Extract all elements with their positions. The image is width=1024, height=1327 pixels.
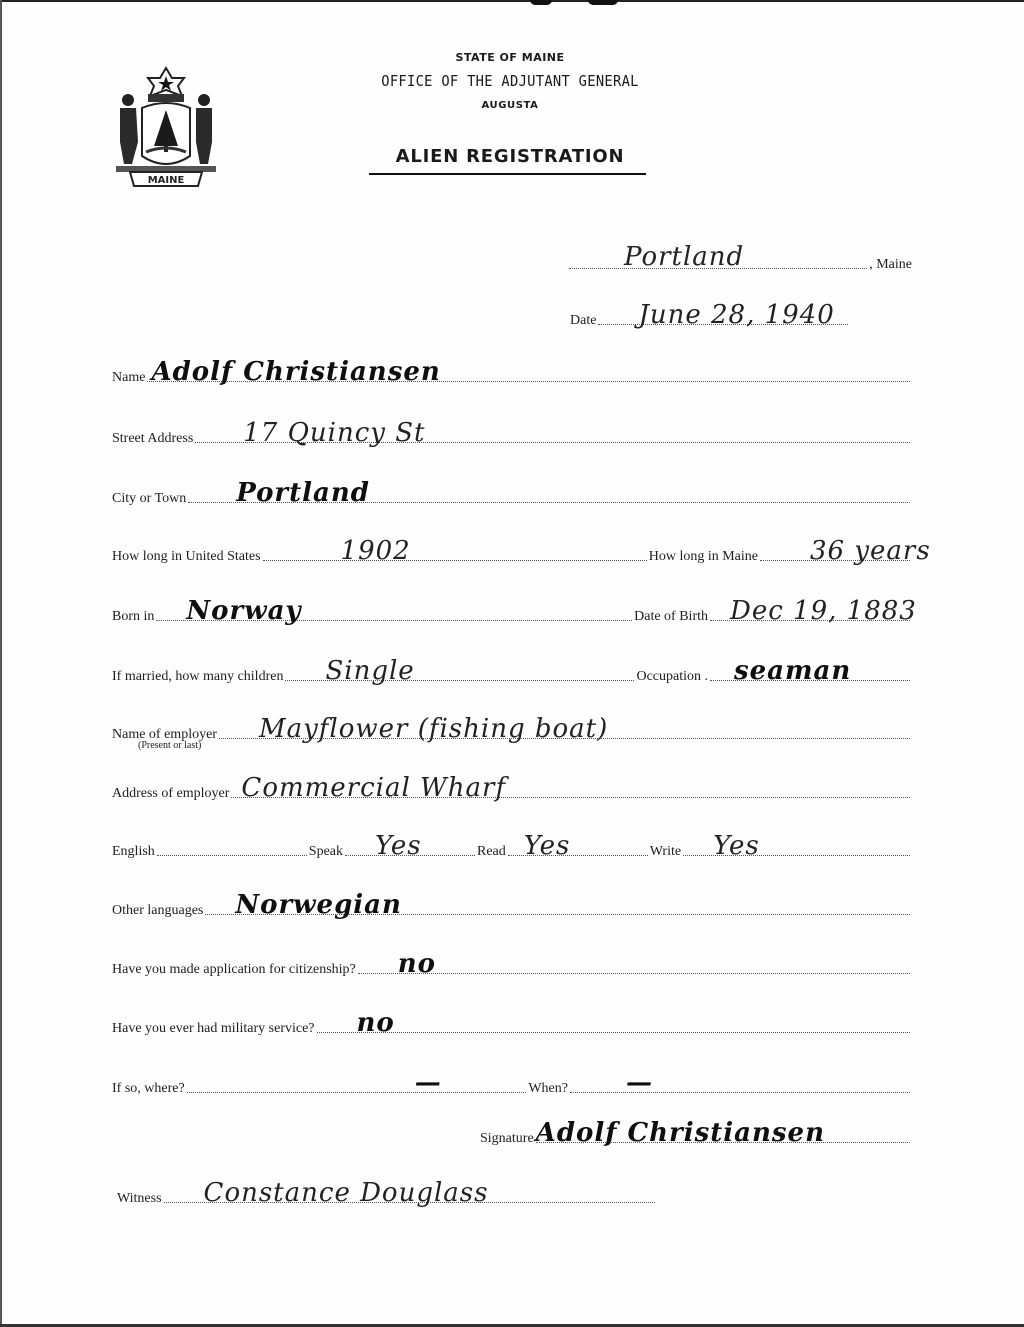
employer-name-field[interactable]: Name of employer Mayflower (fishing boat… xyxy=(112,723,912,743)
city-value: Portland xyxy=(236,478,370,508)
date-label: Date xyxy=(570,313,596,329)
city-field[interactable]: City or Town Portland xyxy=(112,487,912,507)
how-long-maine-value: 36 years xyxy=(810,536,931,566)
witness-value: Constance Douglass xyxy=(204,1178,489,1208)
maine-seal-icon: MAINE xyxy=(112,64,220,188)
how-long-maine-label: How long in Maine xyxy=(649,549,758,565)
header-state: STATE OF MAINE xyxy=(330,51,690,64)
location-value: Portland xyxy=(624,242,744,272)
page-left-edge xyxy=(0,0,2,1327)
title-underline xyxy=(369,173,646,175)
date-value: June 28, 1940 xyxy=(638,300,834,330)
occupation-value: seaman xyxy=(734,656,851,686)
english-label: English xyxy=(112,844,155,860)
date-of-birth-value: Dec 19, 1883 xyxy=(730,596,917,626)
military-value: no xyxy=(357,1008,395,1038)
birth-row: Born in Norway Date of Birth Dec 19, 188… xyxy=(112,605,912,625)
signature-label: Signature xyxy=(480,1131,534,1147)
employer-name-value: Mayflower (fishing boat) xyxy=(259,714,608,744)
employer-address-label: Address of employer xyxy=(112,786,229,802)
employer-address-field[interactable]: Address of employer Commercial Wharf xyxy=(112,782,912,802)
how-long-us-field[interactable]: 1902 xyxy=(263,560,647,561)
street-address-value: 17 Quincy St xyxy=(243,418,425,448)
citizenship-value: no xyxy=(398,949,436,979)
write-value: Yes xyxy=(713,831,760,861)
other-languages-field[interactable]: Other languages Norwegian xyxy=(112,899,912,919)
location-suffix: , Maine xyxy=(869,257,912,273)
occupation-field[interactable]: seaman xyxy=(710,680,910,681)
date-field[interactable]: Date June 28, 1940 xyxy=(570,309,910,329)
citizenship-label: Have you made application for citizenshi… xyxy=(112,962,356,978)
street-address-label: Street Address xyxy=(112,431,193,447)
where-field[interactable]: — xyxy=(187,1092,527,1093)
svg-text:MAINE: MAINE xyxy=(148,175,185,186)
signature-field[interactable]: Signature Adolf Christiansen xyxy=(480,1127,912,1147)
born-in-label: Born in xyxy=(112,609,154,625)
military-field[interactable]: Have you ever had military service? no xyxy=(112,1017,912,1037)
how-long-us-value: 1902 xyxy=(341,536,411,566)
speak-field[interactable]: Yes xyxy=(345,855,475,856)
location-field[interactable]: Portland , Maine xyxy=(567,253,912,273)
when-field[interactable]: — xyxy=(570,1092,910,1093)
employer-address-value: Commercial Wharf xyxy=(241,773,506,803)
street-address-field[interactable]: Street Address 17 Quincy St xyxy=(112,427,912,447)
read-value: Yes xyxy=(524,831,571,861)
read-field[interactable]: Yes xyxy=(508,855,648,856)
residency-row: How long in United States 1902 How long … xyxy=(112,545,912,565)
where-value: — xyxy=(415,1068,442,1098)
military-label: Have you ever had military service? xyxy=(112,1021,315,1037)
write-field[interactable]: Yes xyxy=(683,855,910,856)
document-page: MAINE STATE OF MAINE OFFICE OF THE ADJUT… xyxy=(0,0,1024,1327)
family-row: If married, how many children Single Occ… xyxy=(112,665,912,685)
speak-value: Yes xyxy=(375,831,422,861)
form-title: ALIEN REGISTRATION xyxy=(330,146,690,167)
binding-mark xyxy=(530,0,552,5)
service-details-row: If so, where? — When? — xyxy=(112,1077,912,1097)
read-label: Read xyxy=(477,844,506,860)
date-of-birth-label: Date of Birth xyxy=(634,609,708,625)
born-in-value: Norway xyxy=(186,596,301,626)
speak-label: Speak xyxy=(309,844,343,860)
date-of-birth-field[interactable]: Dec 19, 1883 xyxy=(710,620,910,621)
header-office: OFFICE OF THE ADJUTANT GENERAL xyxy=(344,72,675,90)
other-languages-label: Other languages xyxy=(112,903,203,919)
write-label: Write xyxy=(650,844,681,860)
citizenship-field[interactable]: Have you made application for citizenshi… xyxy=(112,958,912,978)
page-top-edge xyxy=(0,0,1024,2)
children-label: If married, how many children xyxy=(112,669,283,685)
city-label: City or Town xyxy=(112,491,186,507)
binding-mark xyxy=(588,0,618,5)
born-in-field[interactable]: Norway xyxy=(156,620,632,621)
employer-name-sublabel: (Present or last) xyxy=(138,740,201,751)
english-row: English Speak Yes Read Yes Write Yes xyxy=(112,840,912,860)
name-field[interactable]: Name Adolf Christiansen xyxy=(112,366,912,386)
how-long-maine-field[interactable]: 36 years xyxy=(760,560,910,561)
header-city: AUGUSTA xyxy=(330,100,690,111)
children-field[interactable]: Single xyxy=(285,680,634,681)
witness-field[interactable]: Witness Constance Douglass xyxy=(117,1187,657,1207)
occupation-label: Occupation . xyxy=(636,669,708,685)
how-long-us-label: How long in United States xyxy=(112,549,261,565)
other-languages-value: Norwegian xyxy=(235,890,402,920)
children-value: Single xyxy=(325,656,414,686)
signature-value: Adolf Christiansen xyxy=(536,1118,825,1148)
name-value: Adolf Christiansen xyxy=(151,357,440,387)
name-label: Name xyxy=(112,370,145,386)
where-label: If so, where? xyxy=(112,1081,185,1097)
when-value: — xyxy=(626,1068,653,1098)
witness-label: Witness xyxy=(117,1191,162,1207)
when-label: When? xyxy=(528,1081,568,1097)
